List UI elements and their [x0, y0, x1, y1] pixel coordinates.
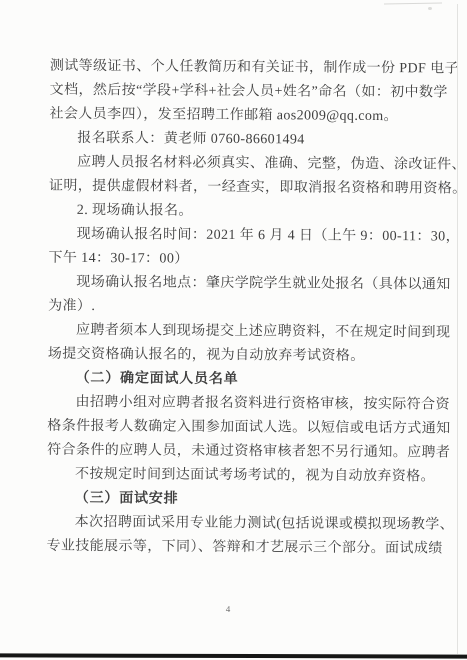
doc-line: 应聘人员报名材料必须真实、准确、完整，伪造、涂改证件、: [49, 151, 425, 178]
scan-edge-right: [457, 4, 458, 654]
document-body-text: 测试等级证书、个人任教简历和有关证书，制作成一份 PDF 电子 文档，然后按“学…: [46, 55, 426, 562]
doc-line: 格条件报考人数确定入围参加面试人选。以短信或电话方式通知: [47, 415, 423, 442]
document-sheet: 测试等级证书、个人任教简历和有关证书，制作成一份 PDF 电子 文档，然后按“学…: [0, 0, 467, 660]
scanned-document-page: 测试等级证书、个人任教简历和有关证书，制作成一份 PDF 电子 文档，然后按“学…: [0, 0, 467, 660]
doc-line: 2. 现场确认报名。: [49, 199, 425, 226]
scan-artifact-smudge: [428, 7, 432, 10]
doc-line: 文档，然后按“学段+学科+社会人员+姓名”命名（如：初中数学: [50, 79, 426, 106]
doc-line: 符合条件的应聘人员，未通过资格审核者恕不另行通知。应聘者: [47, 439, 423, 466]
doc-line: 本次招聘面试采用专业能力测试(包括说课或模拟现场教学、: [47, 511, 423, 538]
doc-line: 为准）.: [48, 295, 424, 322]
doc-line: 现场确认报名时间：2021 年 6 月 4 日（上午 9：00-11：30，: [49, 223, 425, 250]
doc-line: 社会人员李四），发至招聘工作邮箱 aos2009@qq.com。: [49, 103, 425, 130]
doc-line-contact: 报名联系人：黄老师 0760-86601494: [49, 127, 425, 154]
doc-line: 证明，提供虚假材料者，一经查实，即取消报名资格和聘用资格。: [49, 175, 425, 202]
doc-heading-section-3: （三）面试安排: [47, 487, 423, 514]
doc-line: 由招聘小组对应聘者报名资料进行资格审核，按实际符合资: [47, 391, 423, 418]
doc-line: 不按规定时间到达面试考场考试的，视为自动放弃资格。: [47, 463, 423, 490]
doc-line: 场提交资格确认报名的，视为自动放弃考试资格。: [48, 343, 424, 370]
doc-line: 应聘者须本人到现场提交上述应聘资料，不在规定时间到现: [48, 319, 424, 346]
doc-line: 测试等级证书、个人任教简历和有关证书，制作成一份 PDF 电子: [50, 55, 426, 82]
page-number: 4: [220, 604, 236, 614]
doc-line: 现场确认报名地点：肇庆学院学生就业处报名（具体以通知: [48, 271, 424, 298]
doc-line: 专业技能展示等，下同）、答辩和才艺展示三个部分。面试成绩: [46, 535, 422, 562]
doc-line: 下午 14：30-17：00）: [48, 247, 424, 274]
doc-heading-section-2: （二）确定面试人员名单: [48, 367, 424, 394]
